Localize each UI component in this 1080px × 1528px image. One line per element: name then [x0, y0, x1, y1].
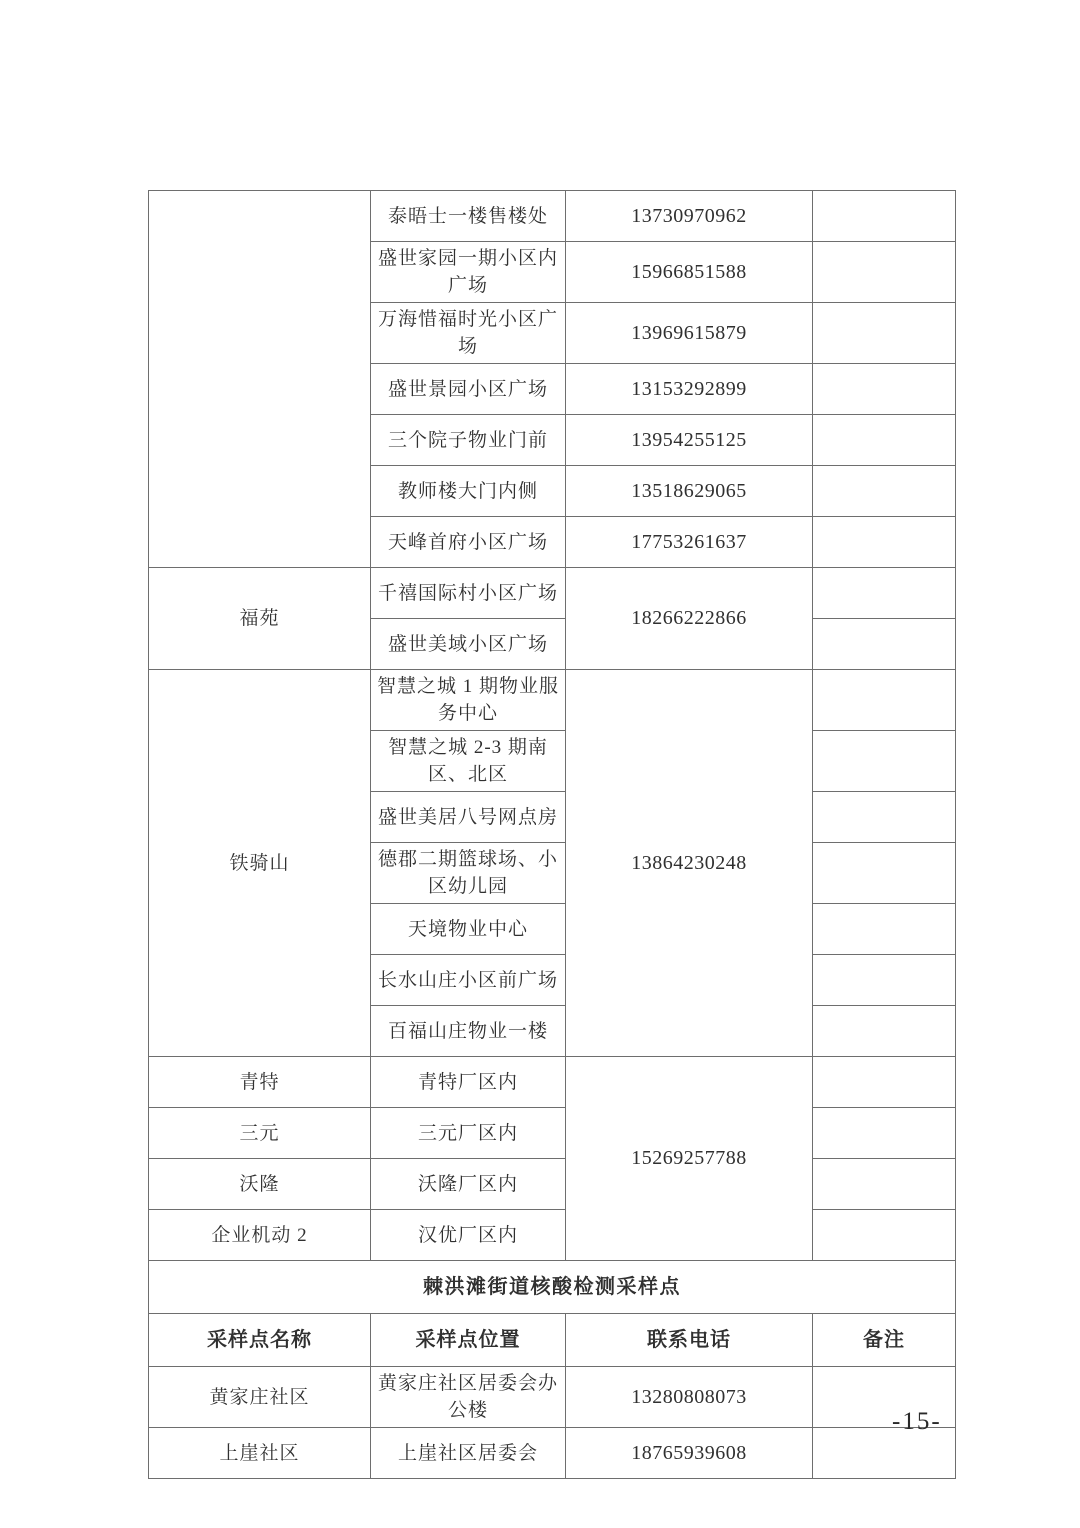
note-cell [813, 670, 956, 731]
table-row: 棘洪滩街道核酸检测采样点 [149, 1261, 956, 1314]
location-cell: 长水山庄小区前广场 [371, 955, 566, 1006]
location-cell: 三个院子物业门前 [371, 415, 566, 466]
location-cell: 沃隆厂区内 [371, 1159, 566, 1210]
site-name-cell [149, 191, 371, 568]
table-row: 企业机动 2汉优厂区内 [149, 1210, 956, 1261]
location-cell: 青特厂区内 [371, 1057, 566, 1108]
location-cell: 千禧国际村小区广场 [371, 568, 566, 619]
site-name-cell: 企业机动 2 [149, 1210, 371, 1261]
sampling-points-table: 泰晤士一楼售楼处13730970962盛世家园一期小区内广场1596685158… [148, 190, 956, 1479]
note-cell [813, 364, 956, 415]
note-cell [813, 415, 956, 466]
note-cell [813, 242, 956, 303]
table-body: 泰晤士一楼售楼处13730970962盛世家园一期小区内广场1596685158… [149, 191, 956, 1479]
location-cell: 智慧之城 1 期物业服务中心 [371, 670, 566, 731]
phone-cell: 13864230248 [566, 670, 813, 1057]
site-name-cell: 黄家庄社区 [149, 1367, 371, 1428]
phone-cell: 18765939608 [566, 1428, 813, 1479]
note-cell [813, 1108, 956, 1159]
note-cell [813, 1159, 956, 1210]
note-cell [813, 568, 956, 619]
column-header-location: 采样点位置 [371, 1314, 566, 1367]
column-header-note: 备注 [813, 1314, 956, 1367]
note-cell [813, 466, 956, 517]
location-cell: 汉优厂区内 [371, 1210, 566, 1261]
site-name-cell: 铁骑山 [149, 670, 371, 1057]
site-name-cell: 上崖社区 [149, 1428, 371, 1479]
location-cell: 盛世景园小区广场 [371, 364, 566, 415]
table-row: 三元三元厂区内 [149, 1108, 956, 1159]
location-cell: 天境物业中心 [371, 904, 566, 955]
location-cell: 德郡二期篮球场、小区幼儿园 [371, 843, 566, 904]
note-cell [813, 843, 956, 904]
phone-cell: 15269257788 [566, 1057, 813, 1261]
phone-cell: 13153292899 [566, 364, 813, 415]
note-cell [813, 955, 956, 1006]
location-cell: 盛世家园一期小区内广场 [371, 242, 566, 303]
site-name-cell: 三元 [149, 1108, 371, 1159]
note-cell [813, 792, 956, 843]
note-cell [813, 731, 956, 792]
table-row: 采样点名称采样点位置联系电话备注 [149, 1314, 956, 1367]
document-page: 泰晤士一楼售楼处13730970962盛世家园一期小区内广场1596685158… [0, 0, 1080, 1528]
phone-cell: 18266222866 [566, 568, 813, 670]
location-cell: 盛世美居八号网点房 [371, 792, 566, 843]
site-name-cell: 沃隆 [149, 1159, 371, 1210]
page-number: -15- [892, 1408, 942, 1436]
location-cell: 泰晤士一楼售楼处 [371, 191, 566, 242]
site-name-cell: 福苑 [149, 568, 371, 670]
site-name-cell: 青特 [149, 1057, 371, 1108]
location-cell: 教师楼大门内侧 [371, 466, 566, 517]
location-cell: 三元厂区内 [371, 1108, 566, 1159]
location-cell: 万海惜福时光小区广场 [371, 303, 566, 364]
table-row: 上崖社区上崖社区居委会18765939608 [149, 1428, 956, 1479]
note-cell [813, 904, 956, 955]
note-cell [813, 1057, 956, 1108]
table-row: 青特青特厂区内15269257788 [149, 1057, 956, 1108]
section-title: 棘洪滩街道核酸检测采样点 [149, 1261, 956, 1314]
location-cell: 盛世美域小区广场 [371, 619, 566, 670]
table-row: 福苑千禧国际村小区广场18266222866 [149, 568, 956, 619]
note-cell [813, 619, 956, 670]
table-row: 泰晤士一楼售楼处13730970962 [149, 191, 956, 242]
note-cell [813, 1210, 956, 1261]
location-cell: 黄家庄社区居委会办公楼 [371, 1367, 566, 1428]
phone-cell: 13954255125 [566, 415, 813, 466]
phone-cell: 13280808073 [566, 1367, 813, 1428]
phone-cell: 13730970962 [566, 191, 813, 242]
note-cell [813, 517, 956, 568]
phone-cell: 17753261637 [566, 517, 813, 568]
location-cell: 天峰首府小区广场 [371, 517, 566, 568]
column-header-phone: 联系电话 [566, 1314, 813, 1367]
note-cell [813, 191, 956, 242]
column-header-site-name: 采样点名称 [149, 1314, 371, 1367]
location-cell: 上崖社区居委会 [371, 1428, 566, 1479]
note-cell [813, 303, 956, 364]
table-row: 黄家庄社区黄家庄社区居委会办公楼13280808073 [149, 1367, 956, 1428]
location-cell: 百福山庄物业一楼 [371, 1006, 566, 1057]
phone-cell: 13969615879 [566, 303, 813, 364]
phone-cell: 15966851588 [566, 242, 813, 303]
table-row: 沃隆沃隆厂区内 [149, 1159, 956, 1210]
note-cell [813, 1006, 956, 1057]
location-cell: 智慧之城 2-3 期南区、北区 [371, 731, 566, 792]
table-row: 铁骑山智慧之城 1 期物业服务中心13864230248 [149, 670, 956, 731]
phone-cell: 13518629065 [566, 466, 813, 517]
